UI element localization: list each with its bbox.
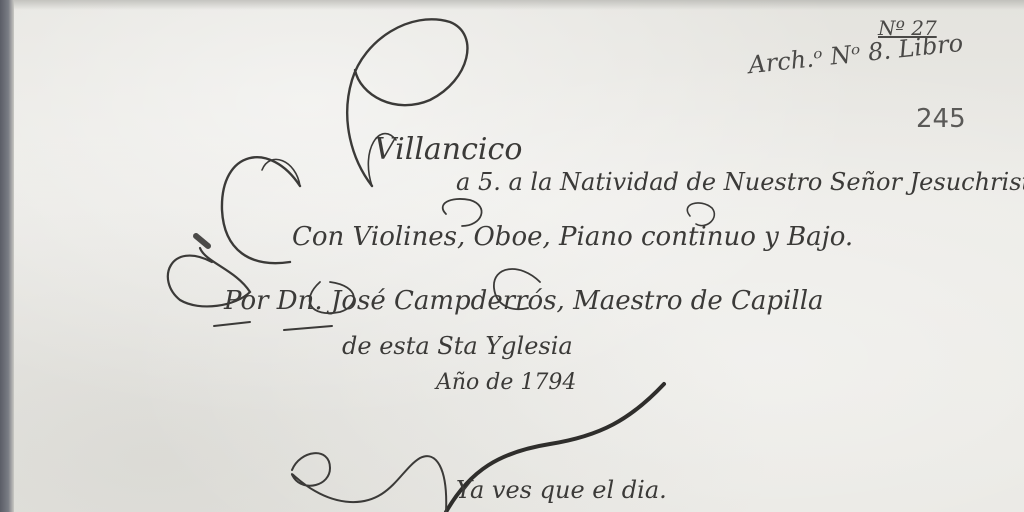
calligraphic-flourishes — [0, 0, 1024, 512]
incipit-text: Ya ves que el dia. — [456, 476, 667, 504]
instrumentation-line: Con Violines, Oboe, Piano continuo y Baj… — [292, 222, 853, 252]
year-line: Año de 1794 — [436, 370, 576, 395]
page-top-edge — [14, 0, 1024, 10]
binding-edge — [0, 0, 14, 512]
title-villancico: Villancico — [374, 132, 522, 167]
folio-number: 245 — [916, 104, 966, 134]
catalog-number: Nº 27 — [878, 16, 937, 40]
dedication-line: a 5. a la Natividad de Nuestro Señor Jes… — [456, 168, 1024, 196]
church-line: de esta Sta Yglesia — [342, 332, 573, 360]
composer-line: Por Dn. José Campderrós, Maestro de Capi… — [224, 286, 824, 316]
manuscript-page: Arch.ᵒ Nᵒ 8. Libro Nº 27 245 Villancico … — [0, 0, 1024, 512]
